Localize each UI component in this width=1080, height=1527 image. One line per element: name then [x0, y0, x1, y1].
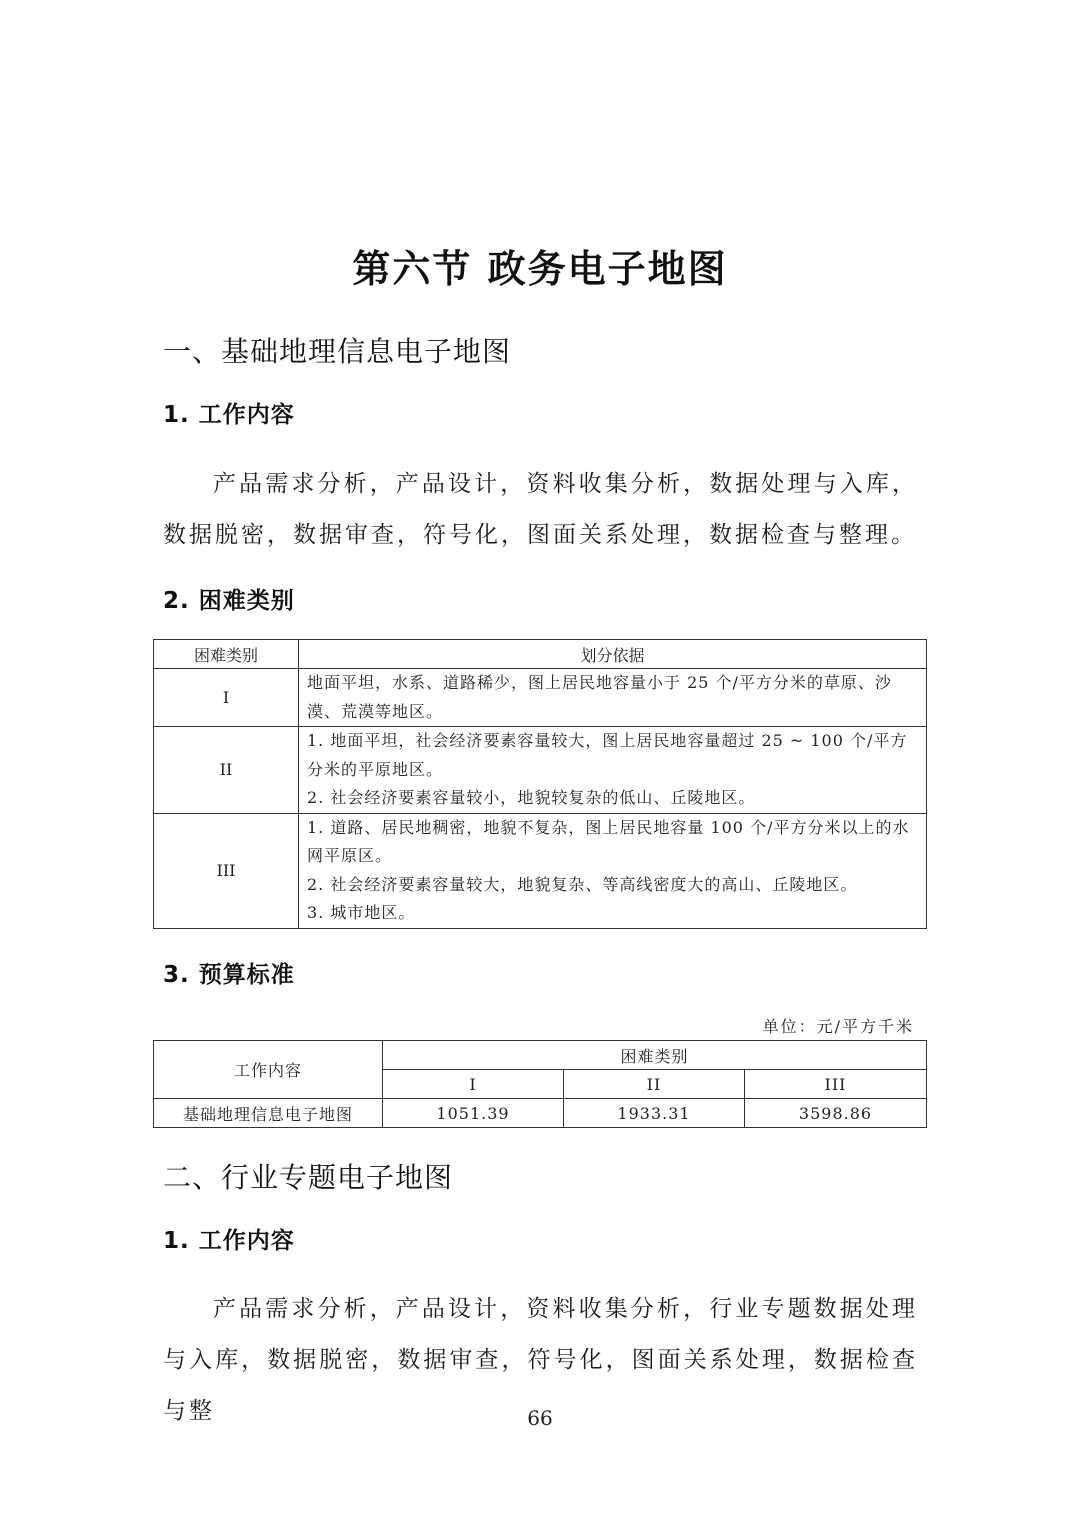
part1-difficulty-heading: 2. 困难类别: [163, 582, 295, 615]
table-header-row: 工作内容 困难类别: [154, 1041, 927, 1070]
table-row: III 1. 道路、居民地稠密，地貌不复杂，图上居民地容量 100 个/平方分米…: [154, 813, 927, 928]
criteria-line: 3. 城市地区。: [307, 899, 918, 928]
part1-heading: 一、基础地理信息电子地图: [163, 330, 511, 370]
part2-heading: 二、行业专题电子地图: [163, 1156, 453, 1196]
level-cell: II: [154, 727, 299, 814]
criteria-cell: 1. 地面平坦，社会经济要素容量较大，图上居民地容量超过 25 ~ 100 个/…: [299, 727, 927, 814]
part1-budget-heading: 3. 预算标准: [163, 956, 295, 989]
criteria-line: 1. 地面平坦，社会经济要素容量较大，图上居民地容量超过 25 ~ 100 个/…: [307, 727, 918, 784]
table-header-row: 困难类别 划分依据: [154, 640, 927, 669]
criteria-line: 1. 道路、居民地稠密，地貌不复杂，图上居民地容量 100 个/平方分米以上的水…: [307, 814, 918, 871]
criteria-line: 2. 社会经济要素容量较小，地貌较复杂的低山、丘陵地区。: [307, 784, 918, 813]
budget-table: 工作内容 困难类别 I II III 基础地理信息电子地图 1051.39 19…: [153, 1040, 927, 1128]
header-cell: 困难类别: [154, 640, 299, 669]
item-cell: 基础地理信息电子地图: [154, 1099, 383, 1128]
level-header: I: [383, 1070, 564, 1099]
level-header: III: [745, 1070, 927, 1099]
criteria-line: 地面平坦，水系、道路稀少，图上居民地容量小于 25 个/平方分米的草原、沙漠、荒…: [307, 669, 918, 726]
value-cell: 1933.31: [564, 1099, 745, 1128]
criteria-line: 2. 社会经济要素容量较大，地貌复杂、等高线密度大的高山、丘陵地区。: [307, 871, 918, 900]
level-header: II: [564, 1070, 745, 1099]
part1-work-heading: 1. 工作内容: [163, 396, 295, 429]
header-cell: 困难类别: [383, 1041, 927, 1070]
table-row: I 地面平坦，水系、道路稀少，图上居民地容量小于 25 个/平方分米的草原、沙漠…: [154, 669, 927, 727]
table-row: 基础地理信息电子地图 1051.39 1933.31 3598.86: [154, 1099, 927, 1128]
difficulty-table: 困难类别 划分依据 I 地面平坦，水系、道路稀少，图上居民地容量小于 25 个/…: [153, 639, 927, 929]
level-cell: III: [154, 813, 299, 928]
level-cell: I: [154, 669, 299, 727]
part2-work-heading: 1. 工作内容: [163, 1222, 295, 1255]
value-cell: 3598.86: [745, 1099, 927, 1128]
criteria-cell: 地面平坦，水系、道路稀少，图上居民地容量小于 25 个/平方分米的草原、沙漠、荒…: [299, 669, 927, 727]
section-title: 第六节 政务电子地图: [0, 238, 1080, 293]
header-cell: 工作内容: [154, 1041, 383, 1099]
part1-work-text: 产品需求分析，产品设计，资料收集分析，数据处理与入库，数据脱密，数据审查，符号化…: [163, 459, 918, 561]
table-row: II 1. 地面平坦，社会经济要素容量较大，图上居民地容量超过 25 ~ 100…: [154, 727, 927, 814]
criteria-cell: 1. 道路、居民地稠密，地貌不复杂，图上居民地容量 100 个/平方分米以上的水…: [299, 813, 927, 928]
page-number: 66: [0, 1406, 1080, 1430]
value-cell: 1051.39: [383, 1099, 564, 1128]
unit-label: 单位：元/平方千米: [763, 1014, 914, 1037]
header-cell: 划分依据: [299, 640, 927, 669]
